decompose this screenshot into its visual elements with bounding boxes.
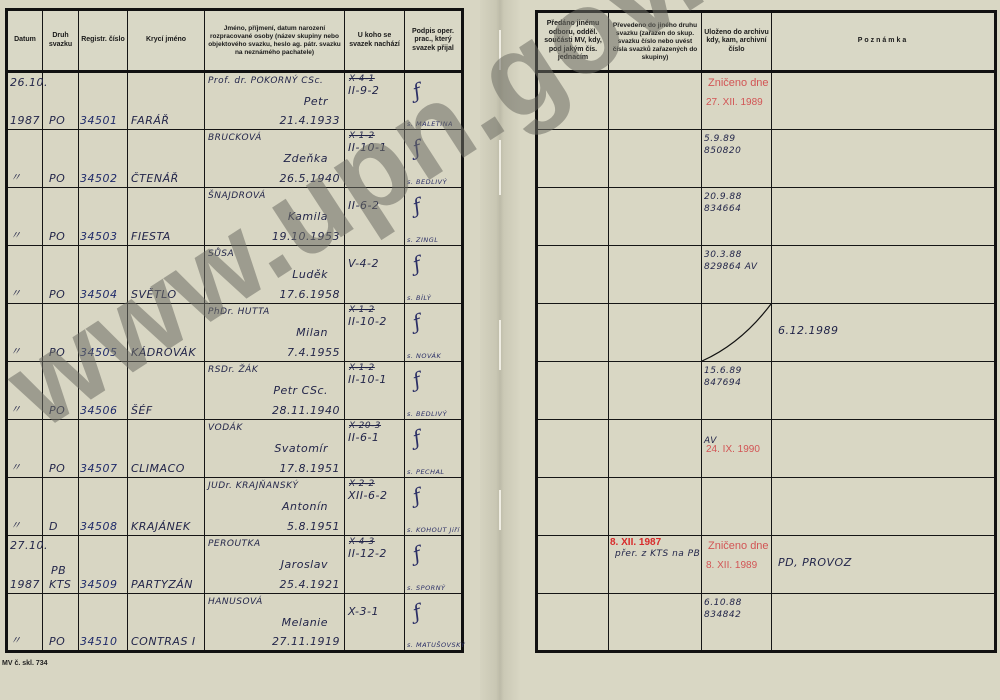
u-koho: II-10-1 bbox=[348, 373, 387, 386]
cell-u-koho: X-3-1 bbox=[345, 594, 405, 652]
cell-ulozeno bbox=[702, 478, 772, 536]
cell-druh: PO bbox=[43, 362, 79, 420]
cell-datum: 〃 bbox=[7, 478, 43, 536]
ulozeno-line2: 834842 bbox=[704, 610, 741, 620]
u-koho-struck: X-4-1 bbox=[349, 74, 375, 84]
jmeno-line3: 25.4.1921 bbox=[280, 578, 340, 591]
cell-predano bbox=[537, 420, 609, 478]
cell-predano bbox=[537, 188, 609, 246]
druh-svazku: KTS bbox=[49, 578, 71, 591]
cell-podpis: ƒ s. BEDLIVÝ bbox=[405, 130, 463, 188]
u-koho: II-6-2 bbox=[348, 199, 379, 212]
cell-datum: 〃 bbox=[7, 304, 43, 362]
cell-druh: PO bbox=[43, 72, 79, 130]
jmeno-line1: PhDr. HUTTA bbox=[208, 307, 270, 317]
cell-druh: PO bbox=[43, 188, 79, 246]
cell-jmeno: SŮSA Luděk 17.6.1958 bbox=[205, 246, 345, 304]
jmeno-line2: Antonín bbox=[282, 500, 328, 513]
cell-podpis: ƒ s. ZINGL bbox=[405, 188, 463, 246]
kryci-jmeno: KÁDROVÁK bbox=[131, 346, 196, 359]
jmeno-line2: Milan bbox=[296, 326, 328, 339]
registr-cislo: 34502 bbox=[80, 172, 118, 185]
jmeno-line3: 28.11.1940 bbox=[272, 404, 340, 417]
cell-poznamka: 6.12.1989 bbox=[772, 304, 996, 362]
jmeno-line1: VODÁK bbox=[208, 423, 243, 433]
table-row: 5.9.89 850820 bbox=[537, 130, 996, 188]
signature: ƒ bbox=[409, 541, 423, 566]
cell-prevedeno bbox=[609, 246, 702, 304]
signature: ƒ bbox=[409, 483, 423, 508]
cell-jmeno: RSDr. ŽÁK Petr CSc. 28.11.1940 bbox=[205, 362, 345, 420]
table-row: 15.6.89 847694 bbox=[537, 362, 996, 420]
cell-druh: PO bbox=[43, 594, 79, 652]
podpis-name: s. SPORNÝ bbox=[407, 584, 446, 592]
table-row: 〃 D 34508 KRAJÁNEK JUDr. KRAJŇANSKÝ Anto… bbox=[7, 478, 463, 536]
cell-reg: 34507 bbox=[79, 420, 128, 478]
prevedeno-note: přer. z KTS na PB bbox=[615, 549, 700, 559]
cell-datum: 26.10. 1987 bbox=[7, 72, 43, 130]
cell-ulozeno bbox=[702, 304, 772, 362]
header-row: Datum Druh svazku Registr. číslo Krycí j… bbox=[7, 10, 463, 72]
form-number: MV č. skl. 734 bbox=[2, 660, 48, 667]
cell-druh: PO bbox=[43, 130, 79, 188]
header-ulozeno: Uloženo do archivu kdy, kam, archivní čí… bbox=[702, 12, 772, 72]
jmeno-line2: Zdeňka bbox=[284, 152, 328, 165]
registr-cislo: 34504 bbox=[80, 288, 118, 301]
u-koho: X-3-1 bbox=[348, 605, 379, 618]
prevedeno-stamp: 8. XII. 1987 bbox=[610, 537, 661, 548]
kryci-jmeno: PARTYZÁN bbox=[131, 578, 193, 591]
cell-prevedeno bbox=[609, 420, 702, 478]
podpis-name: s. BEDLIVÝ bbox=[407, 410, 447, 418]
u-koho-struck: X-1-2 bbox=[349, 305, 375, 315]
u-koho-struck: X-1-2 bbox=[349, 131, 375, 141]
jmeno-line1: JUDr. KRAJŇANSKÝ bbox=[208, 481, 298, 491]
datum-bottom: 〃 bbox=[10, 169, 22, 185]
cell-predano bbox=[537, 478, 609, 536]
ulozeno-line1: 30.3.88 bbox=[704, 250, 742, 260]
cell-ulozeno: Zničeno dne 8. XII. 1989 bbox=[702, 536, 772, 594]
signature: ƒ bbox=[409, 425, 423, 450]
diagonal-strike-line bbox=[702, 304, 771, 361]
jmeno-line2: Luděk bbox=[292, 268, 328, 281]
podpis-name: s. MALETINA bbox=[407, 120, 453, 128]
jmeno-line3: 21.4.1933 bbox=[280, 114, 340, 127]
u-koho-struck: X-2-2 bbox=[349, 479, 375, 489]
cell-reg: 34509 bbox=[79, 536, 128, 594]
cell-predano bbox=[537, 362, 609, 420]
datum-bottom: 〃 bbox=[10, 459, 22, 475]
cell-jmeno: BRUCKOVÁ Zdeňka 26.5.1940 bbox=[205, 130, 345, 188]
cell-jmeno: Prof. dr. POKORNÝ CSc. Petr 21.4.1933 bbox=[205, 72, 345, 130]
cell-prevedeno bbox=[609, 130, 702, 188]
registr-cislo: 34505 bbox=[80, 346, 118, 359]
cell-jmeno: HANUSOVÁ Melanie 27.11.1919 bbox=[205, 594, 345, 652]
druh-svazku: PO bbox=[49, 288, 65, 301]
cell-poznamka bbox=[772, 130, 996, 188]
cell-u-koho: X-1-2 II-10-1 bbox=[345, 362, 405, 420]
registr-cislo: 34501 bbox=[80, 114, 118, 127]
header-registr-cislo: Registr. číslo bbox=[79, 10, 128, 72]
jmeno-line1: PEROUTKA bbox=[208, 539, 261, 549]
cell-prevedeno: 8. XII. 1987 přer. z KTS na PB bbox=[609, 536, 702, 594]
registr-cislo: 34509 bbox=[80, 578, 118, 591]
table-row: 〃 PO 34502 ČTENÁŘ BRUCKOVÁ Zdeňka 26.5.1… bbox=[7, 130, 463, 188]
kryci-jmeno: FARÁŘ bbox=[131, 114, 170, 127]
table-row: 〃 PO 34503 FIESTA ŠNAJDROVÁ Kamila 19.10… bbox=[7, 188, 463, 246]
ulozeno-line2: 834664 bbox=[704, 204, 741, 214]
cell-reg: 34505 bbox=[79, 304, 128, 362]
cell-poznamka bbox=[772, 188, 996, 246]
registr-cislo: 34510 bbox=[80, 635, 118, 648]
datum-bottom: 〃 bbox=[10, 401, 22, 417]
table-row: Zničeno dne 27. XII. 1989 bbox=[537, 72, 996, 130]
registr-cislo: 34506 bbox=[80, 404, 118, 417]
cell-poznamka bbox=[772, 420, 996, 478]
cell-reg: 34504 bbox=[79, 246, 128, 304]
datum-bottom: 〃 bbox=[10, 517, 22, 533]
cell-reg: 34501 bbox=[79, 72, 128, 130]
datum-bottom: 〃 bbox=[10, 343, 22, 359]
jmeno-line1: ŠNAJDROVÁ bbox=[208, 191, 266, 201]
jmeno-line2: Svatomír bbox=[274, 442, 328, 455]
header-predano: Předáno jinému odboru, odděl. součásti M… bbox=[537, 12, 609, 72]
header-jmeno: Jméno, příjmení, datum narození rozpraco… bbox=[205, 10, 345, 72]
cell-ulozeno: 24. IX. 1990 AV bbox=[702, 420, 772, 478]
signature: ƒ bbox=[409, 309, 423, 334]
cell-druh: PO bbox=[43, 246, 79, 304]
druh-svazku: PO bbox=[49, 114, 65, 127]
jmeno-line3: 27.11.1919 bbox=[272, 635, 340, 648]
signature: ƒ bbox=[409, 367, 423, 392]
u-koho: II-10-2 bbox=[348, 315, 387, 328]
cell-reg: 34503 bbox=[79, 188, 128, 246]
u-koho: II-9-2 bbox=[348, 84, 379, 97]
cell-datum: 〃 bbox=[7, 188, 43, 246]
cell-reg: 34510 bbox=[79, 594, 128, 652]
ulozeno-stamp-title: Zničeno dne bbox=[708, 540, 769, 552]
poznamka: PD, PROVOZ bbox=[778, 556, 852, 569]
ulozeno-line2: AV bbox=[704, 436, 717, 446]
druh-svazku: PO bbox=[49, 346, 65, 359]
podpis-name: s. BEDLIVÝ bbox=[407, 178, 447, 186]
datum-bottom: 〃 bbox=[10, 227, 22, 243]
table-row: 27.10. 1987 PB KTS 34509 PARTYZÁN PEROUT… bbox=[7, 536, 463, 594]
podpis-name: s. NOVÁK bbox=[407, 352, 441, 360]
jmeno-line3: 26.5.1940 bbox=[280, 172, 340, 185]
u-koho: II-6-1 bbox=[348, 431, 379, 444]
cell-ulozeno: 15.6.89 847694 bbox=[702, 362, 772, 420]
jmeno-line3: 7.4.1955 bbox=[287, 346, 340, 359]
cell-podpis: ƒ s. SPORNÝ bbox=[405, 536, 463, 594]
jmeno-line3: 17.8.1951 bbox=[280, 462, 340, 475]
cell-datum: 〃 bbox=[7, 130, 43, 188]
cell-kryci: SVĚTLO bbox=[128, 246, 205, 304]
header-druh-svazku: Druh svazku bbox=[43, 10, 79, 72]
cell-podpis: ƒ s. MATUŠOVSKÝ bbox=[405, 594, 463, 652]
cell-poznamka: PD, PROVOZ bbox=[772, 536, 996, 594]
cell-jmeno: PhDr. HUTTA Milan 7.4.1955 bbox=[205, 304, 345, 362]
cell-jmeno: JUDr. KRAJŇANSKÝ Antonín 5.8.1951 bbox=[205, 478, 345, 536]
cell-poznamka bbox=[772, 478, 996, 536]
u-koho: II-12-2 bbox=[348, 547, 387, 560]
cell-kryci: CONTRAS I bbox=[128, 594, 205, 652]
cell-u-koho: II-6-2 bbox=[345, 188, 405, 246]
header-prevedeno: Převedeno do jiného druhu svazku (zařaze… bbox=[609, 12, 702, 72]
podpis-name: s. MATUŠOVSKÝ bbox=[407, 641, 465, 649]
cell-poznamka bbox=[772, 594, 996, 652]
table-row: 〃 PO 34506 ŠÉF RSDr. ŽÁK Petr CSc. 28.11… bbox=[7, 362, 463, 420]
table-row: 24. IX. 1990 AV bbox=[537, 420, 996, 478]
signature: ƒ bbox=[409, 599, 423, 624]
cell-datum: 〃 bbox=[7, 362, 43, 420]
kryci-jmeno: CONTRAS I bbox=[131, 635, 196, 648]
cell-poznamka bbox=[772, 246, 996, 304]
jmeno-line1: BRUCKOVÁ bbox=[208, 133, 262, 143]
cell-prevedeno bbox=[609, 478, 702, 536]
u-koho: II-10-1 bbox=[348, 141, 387, 154]
ulozeno-stamp-title: Zničeno dne bbox=[708, 77, 769, 89]
cell-podpis: ƒ s. MALETINA bbox=[405, 72, 463, 130]
cell-ulozeno: 20.9.88 834664 bbox=[702, 188, 772, 246]
cell-jmeno: PEROUTKA Jaroslav 25.4.1921 bbox=[205, 536, 345, 594]
u-koho-struck: X-20-3 bbox=[349, 421, 381, 431]
registr-cislo: 34507 bbox=[80, 462, 118, 475]
cell-datum: 〃 bbox=[7, 246, 43, 304]
cell-prevedeno bbox=[609, 72, 702, 130]
ulozeno-line1: 6.10.88 bbox=[704, 598, 742, 608]
header-datum: Datum bbox=[7, 10, 43, 72]
ulozeno-line2: 829864 AV bbox=[704, 262, 758, 272]
jmeno-line3: 19.10.1953 bbox=[272, 230, 340, 243]
binding-stitch bbox=[499, 30, 501, 70]
table-row: 〃 PO 34507 CLIMACO VODÁK Svatomír 17.8.1… bbox=[7, 420, 463, 478]
cell-kryci: ČTENÁŘ bbox=[128, 130, 205, 188]
cell-podpis: ƒ s. NOVÁK bbox=[405, 304, 463, 362]
cell-poznamka bbox=[772, 362, 996, 420]
cell-jmeno: ŠNAJDROVÁ Kamila 19.10.1953 bbox=[205, 188, 345, 246]
jmeno-line1: RSDr. ŽÁK bbox=[208, 365, 258, 375]
cell-kryci: CLIMACO bbox=[128, 420, 205, 478]
cell-druh: PO bbox=[43, 304, 79, 362]
druh-svazku: PO bbox=[49, 635, 65, 648]
u-koho-struck: X-1-2 bbox=[349, 363, 375, 373]
table-row: 26.10. 1987 PO 34501 FARÁŘ Prof. dr. POK… bbox=[7, 72, 463, 130]
jmeno-line2: Melanie bbox=[282, 616, 328, 629]
register-table-left: Datum Druh svazku Registr. číslo Krycí j… bbox=[5, 8, 464, 653]
signature: ƒ bbox=[409, 135, 423, 160]
u-koho-struck: X-4-3 bbox=[349, 537, 375, 547]
druh-svazku: D bbox=[49, 520, 58, 533]
jmeno-line3: 17.6.1958 bbox=[280, 288, 340, 301]
cell-podpis: ƒ s. BEDLIVÝ bbox=[405, 362, 463, 420]
cell-u-koho: X-1-2 II-10-2 bbox=[345, 304, 405, 362]
ulozeno-stamp-date: 8. XII. 1989 bbox=[706, 560, 757, 571]
u-koho: V-4-2 bbox=[348, 257, 379, 270]
cell-datum: 〃 bbox=[7, 420, 43, 478]
jmeno-line2: Jaroslav bbox=[281, 558, 328, 571]
druh-svazku: PO bbox=[49, 230, 65, 243]
druh-svazku: PO bbox=[49, 172, 65, 185]
cell-podpis: ƒ s. PECHAL bbox=[405, 420, 463, 478]
kryci-jmeno: ŠÉF bbox=[131, 404, 153, 417]
binding-stitch bbox=[499, 140, 501, 195]
kryci-jmeno: SVĚTLO bbox=[131, 288, 177, 301]
ulozeno-line1: 15.6.89 bbox=[704, 366, 742, 376]
registr-cislo: 34503 bbox=[80, 230, 118, 243]
cell-podpis: ƒ s. KOHOUT Jiří bbox=[405, 478, 463, 536]
podpis-name: s. KOHOUT Jiří bbox=[407, 526, 460, 534]
kryci-jmeno: KRAJÁNEK bbox=[131, 520, 191, 533]
table-row: 30.3.88 829864 AV bbox=[537, 246, 996, 304]
binding-stitch bbox=[499, 490, 501, 530]
cell-kryci: KÁDROVÁK bbox=[128, 304, 205, 362]
jmeno-line1: HANUSOVÁ bbox=[208, 597, 263, 607]
cell-u-koho: X-1-2 II-10-1 bbox=[345, 130, 405, 188]
datum-bottom: 1987 bbox=[10, 114, 40, 127]
header-poznamka: Poznámka bbox=[772, 12, 996, 72]
podpis-name: s. ZINGL bbox=[407, 236, 438, 244]
jmeno-line3: 5.8.1951 bbox=[287, 520, 340, 533]
header-podpis: Podpis oper. prac., který svazek přijal bbox=[405, 10, 463, 72]
table-row: 〃 PO 34504 SVĚTLO SŮSA Luděk 17.6.1958 V… bbox=[7, 246, 463, 304]
table-row: 〃 PO 34510 CONTRAS I HANUSOVÁ Melanie 27… bbox=[7, 594, 463, 652]
header-kryci-jmeno: Krycí jméno bbox=[128, 10, 205, 72]
cell-kryci: FARÁŘ bbox=[128, 72, 205, 130]
signature: ƒ bbox=[409, 251, 423, 276]
cell-predano bbox=[537, 72, 609, 130]
cell-u-koho: X-4-3 II-12-2 bbox=[345, 536, 405, 594]
cell-reg: 34506 bbox=[79, 362, 128, 420]
cell-u-koho: X-4-1 II-9-2 bbox=[345, 72, 405, 130]
ulozeno-line2: 850820 bbox=[704, 146, 741, 156]
druh-top: PB bbox=[51, 564, 66, 577]
header-row: Předáno jinému odboru, odděl. součásti M… bbox=[537, 12, 996, 72]
ulozeno-line1: 20.9.88 bbox=[704, 192, 742, 202]
registr-cislo: 34508 bbox=[80, 520, 118, 533]
cell-u-koho: X-2-2 XII-6-2 bbox=[345, 478, 405, 536]
cell-prevedeno bbox=[609, 594, 702, 652]
podpis-name: s. PECHAL bbox=[407, 468, 445, 476]
cell-podpis: ƒ s. BÍLÝ bbox=[405, 246, 463, 304]
cell-druh: PB KTS bbox=[43, 536, 79, 594]
cell-datum: 27.10. 1987 bbox=[7, 536, 43, 594]
kryci-jmeno: CLIMACO bbox=[131, 462, 185, 475]
cell-u-koho: X-20-3 II-6-1 bbox=[345, 420, 405, 478]
signature: ƒ bbox=[409, 78, 423, 103]
druh-svazku: PO bbox=[49, 462, 65, 475]
table-row: 20.9.88 834664 bbox=[537, 188, 996, 246]
u-koho: XII-6-2 bbox=[348, 489, 387, 502]
datum-bottom: 〃 bbox=[10, 632, 22, 648]
cell-prevedeno bbox=[609, 362, 702, 420]
kryci-jmeno: ČTENÁŘ bbox=[131, 172, 179, 185]
cell-kryci: ŠÉF bbox=[128, 362, 205, 420]
signature: ƒ bbox=[409, 193, 423, 218]
jmeno-line2: Petr CSc. bbox=[273, 384, 328, 397]
cell-u-koho: V-4-2 bbox=[345, 246, 405, 304]
cell-predano bbox=[537, 246, 609, 304]
cell-predano bbox=[537, 594, 609, 652]
binding-stitch bbox=[499, 320, 501, 370]
cell-druh: D bbox=[43, 478, 79, 536]
kryci-jmeno: FIESTA bbox=[131, 230, 171, 243]
cell-ulozeno: 30.3.88 829864 AV bbox=[702, 246, 772, 304]
datum-bottom: 1987 bbox=[10, 578, 40, 591]
cell-ulozeno: Zničeno dne 27. XII. 1989 bbox=[702, 72, 772, 130]
cell-kryci: PARTYZÁN bbox=[128, 536, 205, 594]
table-row: 6.10.88 834842 bbox=[537, 594, 996, 652]
druh-svazku: PO bbox=[49, 404, 65, 417]
cell-kryci: FIESTA bbox=[128, 188, 205, 246]
cell-predano bbox=[537, 130, 609, 188]
cell-kryci: KRAJÁNEK bbox=[128, 478, 205, 536]
table-row: 6.12.1989 bbox=[537, 304, 996, 362]
cell-datum: 〃 bbox=[7, 594, 43, 652]
cell-jmeno: VODÁK Svatomír 17.8.1951 bbox=[205, 420, 345, 478]
cell-reg: 34508 bbox=[79, 478, 128, 536]
ulozeno-stamp-date: 27. XII. 1989 bbox=[706, 97, 763, 108]
jmeno-line1: SŮSA bbox=[208, 249, 234, 259]
cell-predano bbox=[537, 536, 609, 594]
cell-predano bbox=[537, 304, 609, 362]
table-row: 8. XII. 1987 přer. z KTS na PB Zničeno d… bbox=[537, 536, 996, 594]
cell-reg: 34502 bbox=[79, 130, 128, 188]
datum-bottom: 〃 bbox=[10, 285, 22, 301]
ulozeno-line1: 5.9.89 bbox=[704, 134, 736, 144]
jmeno-line1: Prof. dr. POKORNÝ CSc. bbox=[208, 76, 323, 86]
table-row: 〃 PO 34505 KÁDROVÁK PhDr. HUTTA Milan 7.… bbox=[7, 304, 463, 362]
jmeno-line2: Petr bbox=[304, 95, 328, 108]
cell-druh: PO bbox=[43, 420, 79, 478]
header-u-koho: U koho se svazek nachází bbox=[345, 10, 405, 72]
cell-ulozeno: 6.10.88 834842 bbox=[702, 594, 772, 652]
cell-ulozeno: 5.9.89 850820 bbox=[702, 130, 772, 188]
ulozeno-line2: 847694 bbox=[704, 378, 741, 388]
table-row bbox=[537, 478, 996, 536]
poznamka: 6.12.1989 bbox=[778, 324, 838, 337]
jmeno-line2: Kamila bbox=[288, 210, 328, 223]
cell-prevedeno bbox=[609, 304, 702, 362]
cell-poznamka bbox=[772, 72, 996, 130]
podpis-name: s. BÍLÝ bbox=[407, 294, 431, 302]
cell-prevedeno bbox=[609, 188, 702, 246]
register-table-right: Předáno jinému odboru, odděl. součásti M… bbox=[535, 10, 997, 653]
